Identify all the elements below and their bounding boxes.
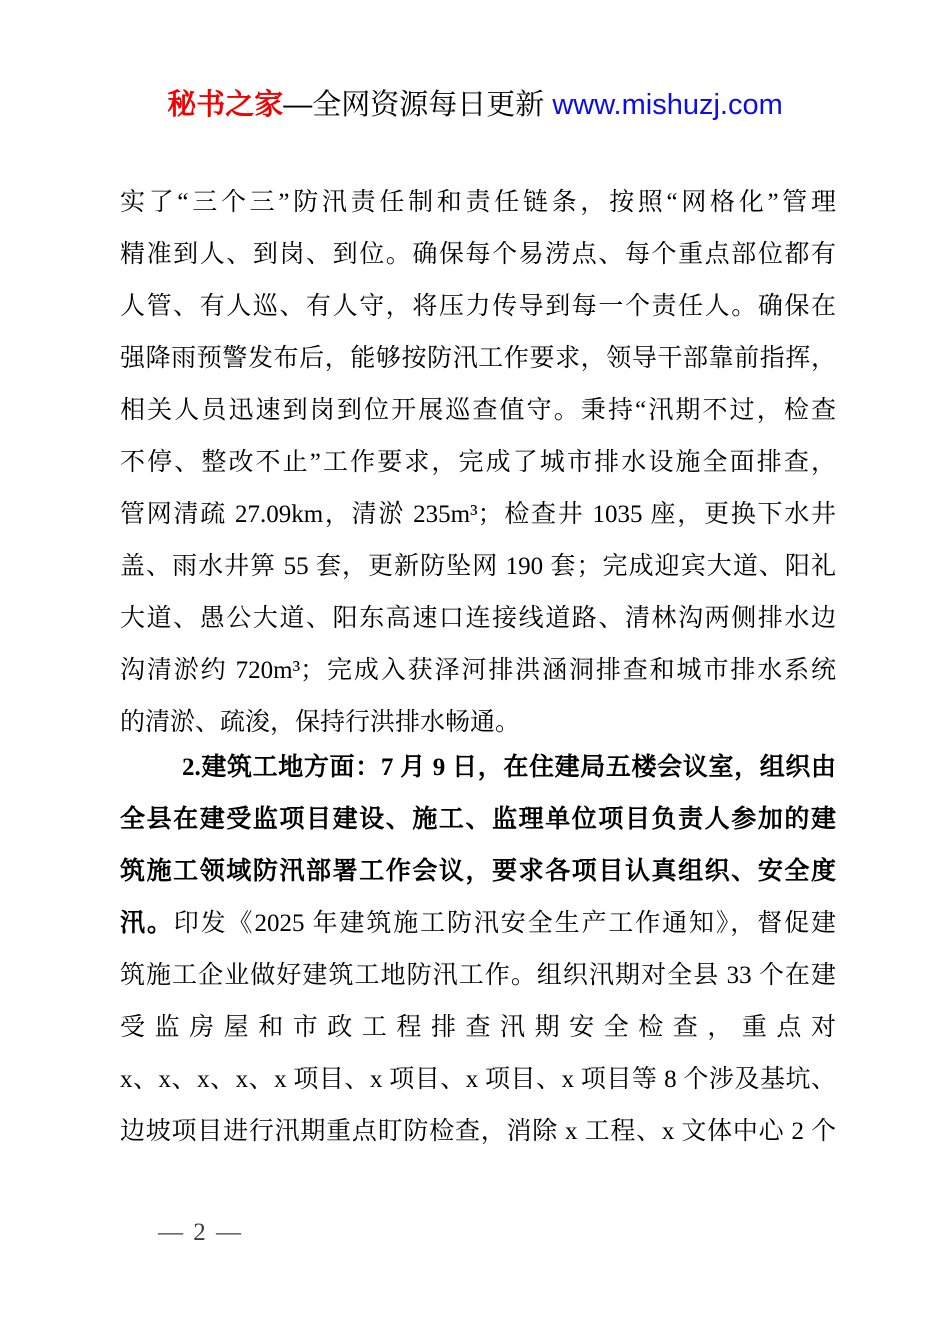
text-line: 管网清疏 27.09km，清淤 235m³；检查井 1035 座，更换下水井 xyxy=(120,489,836,541)
text-line: 筑施工领域防汛部署工作会议，要求各项目认真组织、安全度 xyxy=(120,846,836,898)
text-run: 筑施工企业做好建筑工地防汛工作。组织汛期对全县 33 个在建 xyxy=(120,962,836,989)
text-run: x、x、x、x、x 项目、x 项目、x 项目、x 项目等 8 个涉及基坑、 xyxy=(120,1066,836,1093)
text-line: 实了“三个三”防汛责任制和责任链条，按照“网格化”管理 xyxy=(120,177,836,229)
text-run: 沟清淤约 720m³；完成入获泽河排洪涵洞排查和城市排水系统 xyxy=(120,657,836,684)
text-run: 不停、整改不止”工作要求，完成了城市排水设施全面排查， xyxy=(120,449,836,476)
text-run: 全县在建受监项目建设、施工、监理单位项目负责人参加的建 xyxy=(120,806,836,833)
document-page: 秘书之家—全网资源每日更新 www.mishuzj.com 实了“三个三”防汛责… xyxy=(0,0,950,1344)
paragraph-construction-sites: 2.建筑工地方面：7 月 9 日，在住建局五楼会议室，组织由全县在建受监项目建设… xyxy=(120,742,836,1158)
text-run: 边坡项目进行汛期重点盯防检查，消除 x 工程、x 文体中心 2 个 xyxy=(120,1118,836,1145)
text-run: 2.建筑工地方面：7 月 9 日，在住建局五楼会议室，组织由 xyxy=(182,754,836,781)
page-number: — 2 — xyxy=(158,1218,243,1248)
paragraph-flood-control-continued: 实了“三个三”防汛责任制和责任链条，按照“网格化”管理精准到人、到岗、到位。确保… xyxy=(120,177,836,749)
text-run: 管网清疏 27.09km，清淤 235m³；检查井 1035 座，更换下水井 xyxy=(120,501,836,528)
text-run: 相关人员迅速到岗到位开展巡查值守。秉持“汛期不过，检查 xyxy=(120,397,836,424)
text-run: 盖、雨水井箅 55 套，更新防坠网 190 套；完成迎宾大道、阳礼 xyxy=(120,553,836,580)
text-line: 汛。印发《2025 年建筑施工防汛安全生产工作通知》，督促建 xyxy=(120,898,836,950)
text-line: 全县在建受监项目建设、施工、监理单位项目负责人参加的建 xyxy=(120,794,836,846)
text-run: 人管、有人巡、有人守，将压力传导到每一个责任人。确保在 xyxy=(120,293,836,320)
site-brand: 秘书之家 xyxy=(167,89,283,121)
text-line: 人管、有人巡、有人守，将压力传导到每一个责任人。确保在 xyxy=(120,281,836,333)
text-line: 沟清淤约 720m³；完成入获泽河排洪涵洞排查和城市排水系统 xyxy=(120,645,836,697)
text-run: 强降雨预警发布后，能够按防汛工作要求，领导干部靠前指挥， xyxy=(120,345,836,372)
text-line: 大道、愚公大道、阳东高速口连接线道路、清林沟两侧排水边 xyxy=(120,593,836,645)
text-line: 边坡项目进行汛期重点盯防检查，消除 x 工程、x 文体中心 2 个 xyxy=(120,1106,836,1158)
text-line: x、x、x、x、x 项目、x 项目、x 项目、x 项目等 8 个涉及基坑、 xyxy=(120,1054,836,1106)
text-run: 的清淤、疏浚，保持行洪排水畅通。 xyxy=(120,709,520,736)
text-line: 不停、整改不止”工作要求，完成了城市排水设施全面排查， xyxy=(120,437,836,489)
text-line: 筑施工企业做好建筑工地防汛工作。组织汛期对全县 33 个在建 xyxy=(120,950,836,1002)
site-tagline: —全网资源每日更新 xyxy=(283,89,552,121)
site-url-link[interactable]: www.mishuzj.com xyxy=(552,89,782,121)
text-line: 盖、雨水井箅 55 套，更新防坠网 190 套；完成迎宾大道、阳礼 xyxy=(120,541,836,593)
text-run: 受监房屋和市政工程排查汛期安全检查，重点对 xyxy=(120,1014,836,1041)
text-line: 受监房屋和市政工程排查汛期安全检查，重点对 xyxy=(120,1002,836,1054)
text-line: 强降雨预警发布后，能够按防汛工作要求，领导干部靠前指挥， xyxy=(120,333,836,385)
text-line: 精准到人、到岗、到位。确保每个易涝点、每个重点部位都有 xyxy=(120,229,836,281)
text-run: 印发《2025 年建筑施工防汛安全生产工作通知》，督促建 xyxy=(174,910,836,937)
text-line: 相关人员迅速到岗到位开展巡查值守。秉持“汛期不过，检查 xyxy=(120,385,836,437)
text-run: 汛。 xyxy=(120,910,174,937)
text-run: 筑施工领域防汛部署工作会议，要求各项目认真组织、安全度 xyxy=(120,858,836,885)
text-run: 大道、愚公大道、阳东高速口连接线道路、清林沟两侧排水边 xyxy=(120,605,836,632)
text-line: 2.建筑工地方面：7 月 9 日，在住建局五楼会议室，组织由 xyxy=(120,742,836,794)
text-run: 实了“三个三”防汛责任制和责任链条，按照“网格化”管理 xyxy=(120,189,836,216)
text-run: 精准到人、到岗、到位。确保每个易涝点、每个重点部位都有 xyxy=(120,241,836,268)
site-header: 秘书之家—全网资源每日更新 www.mishuzj.com xyxy=(0,88,950,122)
